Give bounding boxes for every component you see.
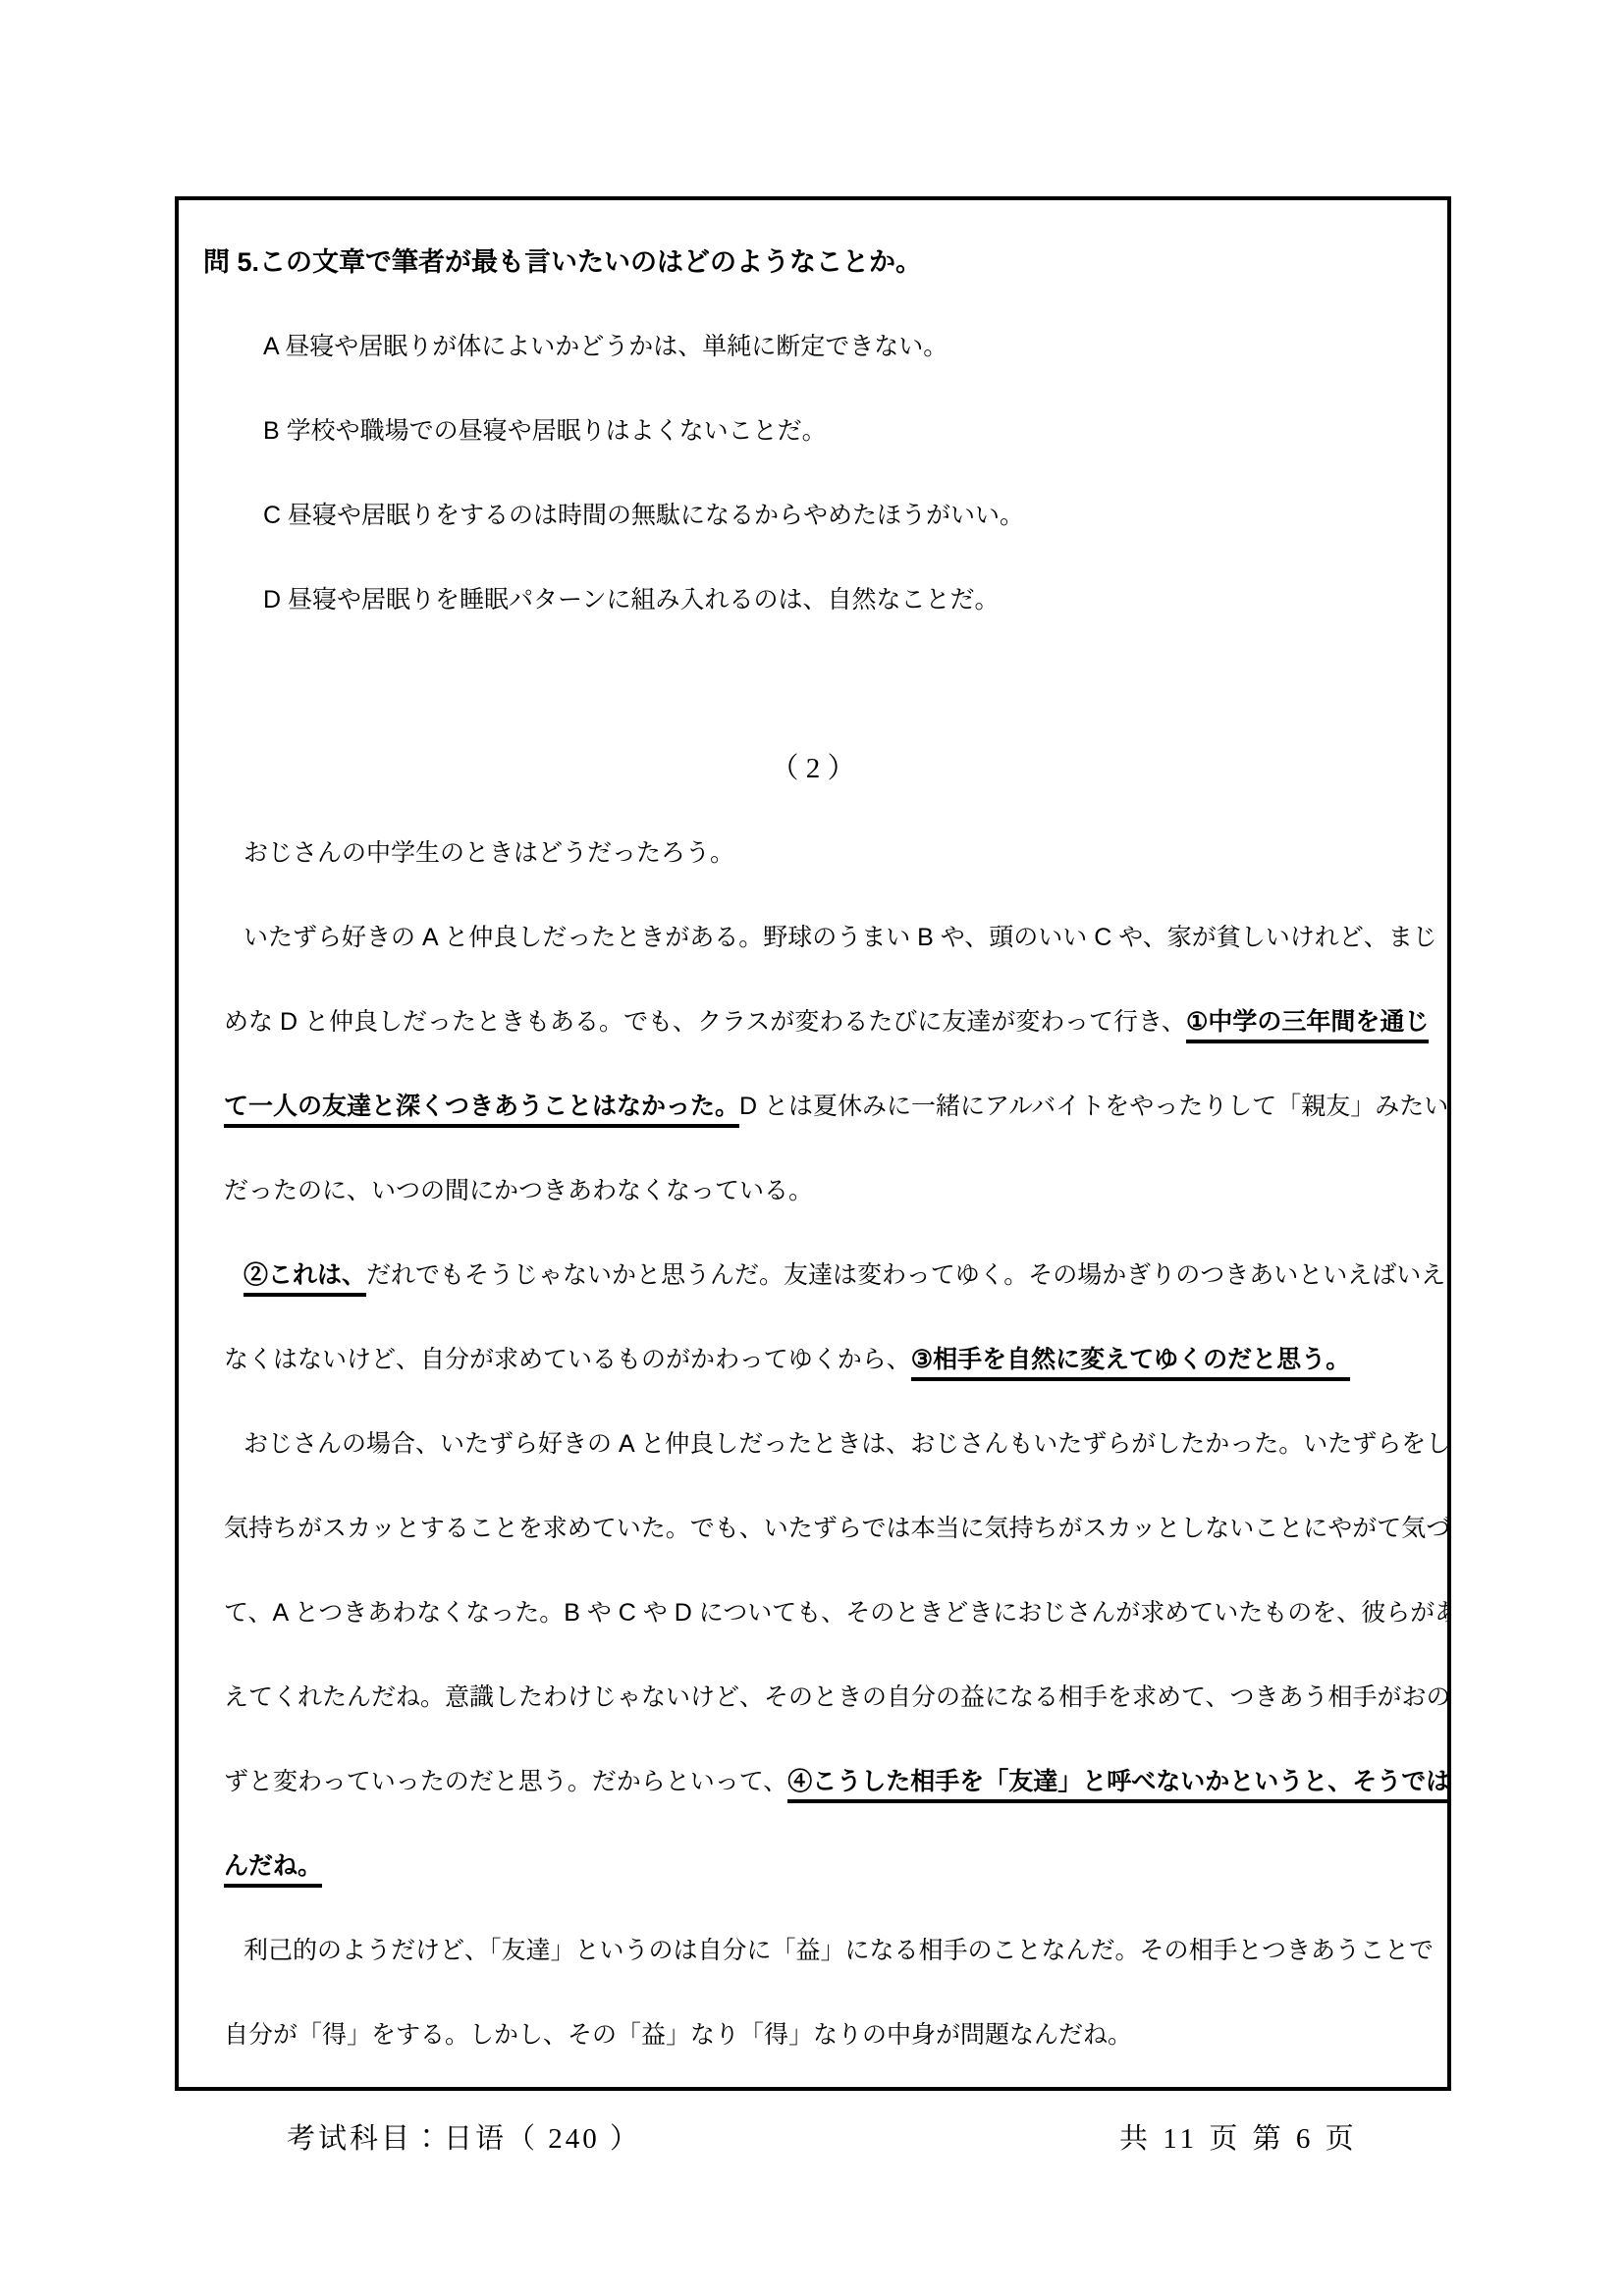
footer-page-number: 共 11 页 第 6 页 bbox=[1119, 2116, 1358, 2157]
passage-line-4: て一人の友達と深くつきあうことはなかった。D とは夏休みに一緒にアルバイトをやっ… bbox=[179, 1064, 1447, 1148]
question-5-title: 問 5.この文章で筆者が最も言いたいのはどのようなことか。 bbox=[179, 220, 1447, 304]
text-run: て、A とつきあわなくなった。B や C や D についても、そのときどきにおじ… bbox=[224, 1599, 1451, 1627]
option-b: B 学校や職場での昼寝や居眠りはよくないことだ。 bbox=[179, 389, 1447, 473]
passage-line-1: おじさんの中学生のときはどうだったろう。 bbox=[179, 811, 1447, 895]
text-run: D とは夏休みに一緒にアルバイトをやったりして「親友」みたい bbox=[739, 1093, 1448, 1120]
text-run: えてくれたんだね。意識したわけじゃないけど、そのときの自分の益になる相手を求めて… bbox=[224, 1683, 1451, 1711]
passage-line-10: て、A とつきあわなくなった。B や C や D についても、そのときどきにおじ… bbox=[179, 1571, 1447, 1655]
text-run: B 学校や職場での昼寝や居眠りはよくないことだ。 bbox=[263, 417, 827, 445]
text-run: 利己的のようだけど、「友達」というのは自分に「益」になる相手のことなんだ。その相… bbox=[244, 1937, 1434, 1964]
emphasized-underlined-run: ④こうした相手を「友達」と呼べないかというと、そうではない bbox=[787, 1768, 1451, 1803]
emphasized-underlined-run: ②これは、 bbox=[244, 1261, 366, 1297]
passage-line-3: めな D と仲良しだったときもある。でも、クラスが変わるたびに友達が変わって行き… bbox=[179, 980, 1447, 1064]
footer-exam-subject: 考试科目：日语（ 240 ） bbox=[287, 2116, 641, 2157]
text-run: ずと変わっていったのだと思う。だからといって、 bbox=[224, 1768, 787, 1795]
passage-line-2: いたずら好きの A と仲良しだったときがある。野球のうまい B や、頭のいい C… bbox=[179, 895, 1447, 980]
passage-line-9: 気持ちがスカッとすることを求めていた。でも、いたずらでは本当に気持ちがスカッとし… bbox=[179, 1486, 1447, 1571]
emphasized-underlined-run: んだね。 bbox=[224, 1852, 322, 1888]
passage-line-8: おじさんの場合、いたずら好きの A と仲良しだったときは、おじさんもいたずらがし… bbox=[179, 1402, 1447, 1486]
text-run: おじさんの中学生のときはどうだったろう。 bbox=[244, 839, 734, 867]
passage-line-14: 利己的のようだけど、「友達」というのは自分に「益」になる相手のことなんだ。その相… bbox=[179, 1908, 1447, 1993]
option-d: D 昼寝や居眠りを睡眠パターンに組み入れるのは、自然なことだ。 bbox=[179, 558, 1447, 642]
passage-line-11: えてくれたんだね。意識したわけじゃないけど、そのときの自分の益になる相手を求めて… bbox=[179, 1655, 1447, 1739]
passage-line-13: んだね。 bbox=[179, 1824, 1447, 1908]
text-run: 自分が「得」をする。しかし、その「益」なり「得」なりの中身が問題なんだね。 bbox=[224, 2021, 1132, 2049]
text-run: A 昼寝や居眠りが体によいかどうかは、単純に断定できない。 bbox=[263, 333, 947, 360]
text-run: おじさんの場合、いたずら好きの A と仲良しだったときは、おじさんもいたずらがし… bbox=[244, 1430, 1451, 1458]
text-run: D 昼寝や居眠りを睡眠パターンに組み入れるのは、自然なことだ。 bbox=[263, 586, 1000, 614]
passage-line-12: ずと変わっていったのだと思う。だからといって、④こうした相手を「友達」と呼べない… bbox=[179, 1739, 1447, 1824]
text-run: いたずら好きの A と仲良しだったときがある。野球のうまい B や、頭のいい C… bbox=[244, 924, 1437, 951]
text-run: 問 5.この文章で筆者が最も言いたいのはどのようなことか。 bbox=[203, 247, 922, 277]
passage-line-7: なくはないけど、自分が求めているものがかわってゆくから、③相手を自然に変えてゆく… bbox=[179, 1317, 1447, 1402]
emphasized-underlined-run: ①中学の三年間を通じ bbox=[1186, 1008, 1429, 1043]
emphasized-underlined-run: て一人の友達と深くつきあうことはなかった。 bbox=[224, 1093, 739, 1128]
option-c: C 昼寝や居眠りをするのは時間の無駄になるからやめたほうがいい。 bbox=[179, 473, 1447, 558]
text-run: 気持ちがスカッとすることを求めていた。でも、いたずらでは本当に気持ちがスカッとし… bbox=[224, 1515, 1451, 1542]
emphasized-underlined-run: ③相手を自然に変えてゆくのだと思う。 bbox=[911, 1346, 1350, 1381]
spacer bbox=[179, 642, 1447, 726]
text-run: めな D と仲良しだったときもある。でも、クラスが変わるたびに友達が変わって行き… bbox=[224, 1008, 1186, 1036]
exam-page: 問 5.この文章で筆者が最も言いたいのはどのようなことか。A 昼寝や居眠りが体に… bbox=[0, 0, 1624, 2296]
passage-content: 問 5.この文章で筆者が最も言いたいのはどのようなことか。A 昼寝や居眠りが体に… bbox=[179, 200, 1447, 2077]
passage-line-5: だったのに、いつの間にかつきあわなくなっている。 bbox=[179, 1148, 1447, 1233]
passage-line-15: 自分が「得」をする。しかし、その「益」なり「得」なりの中身が問題なんだね。 bbox=[179, 1993, 1447, 2077]
text-run: だったのに、いつの間にかつきあわなくなっている。 bbox=[224, 1177, 813, 1204]
section-2-header: （ 2 ） bbox=[179, 726, 1447, 811]
text-run: だれでもそうじゃないかと思うんだ。友達は変わってゆく。その場かぎりのつきあいとい… bbox=[366, 1261, 1445, 1289]
question-frame: 問 5.この文章で筆者が最も言いたいのはどのようなことか。A 昼寝や居眠りが体に… bbox=[175, 196, 1451, 2091]
passage-line-6: ②これは、だれでもそうじゃないかと思うんだ。友達は変わってゆく。その場かぎりのつ… bbox=[179, 1233, 1447, 1317]
text-run: （ 2 ） bbox=[770, 753, 855, 784]
option-a: A 昼寝や居眠りが体によいかどうかは、単純に断定できない。 bbox=[179, 304, 1447, 389]
text-run: C 昼寝や居眠りをするのは時間の無駄になるからやめたほうがいい。 bbox=[263, 502, 1024, 529]
text-run: なくはないけど、自分が求めているものがかわってゆくから、 bbox=[224, 1346, 911, 1373]
